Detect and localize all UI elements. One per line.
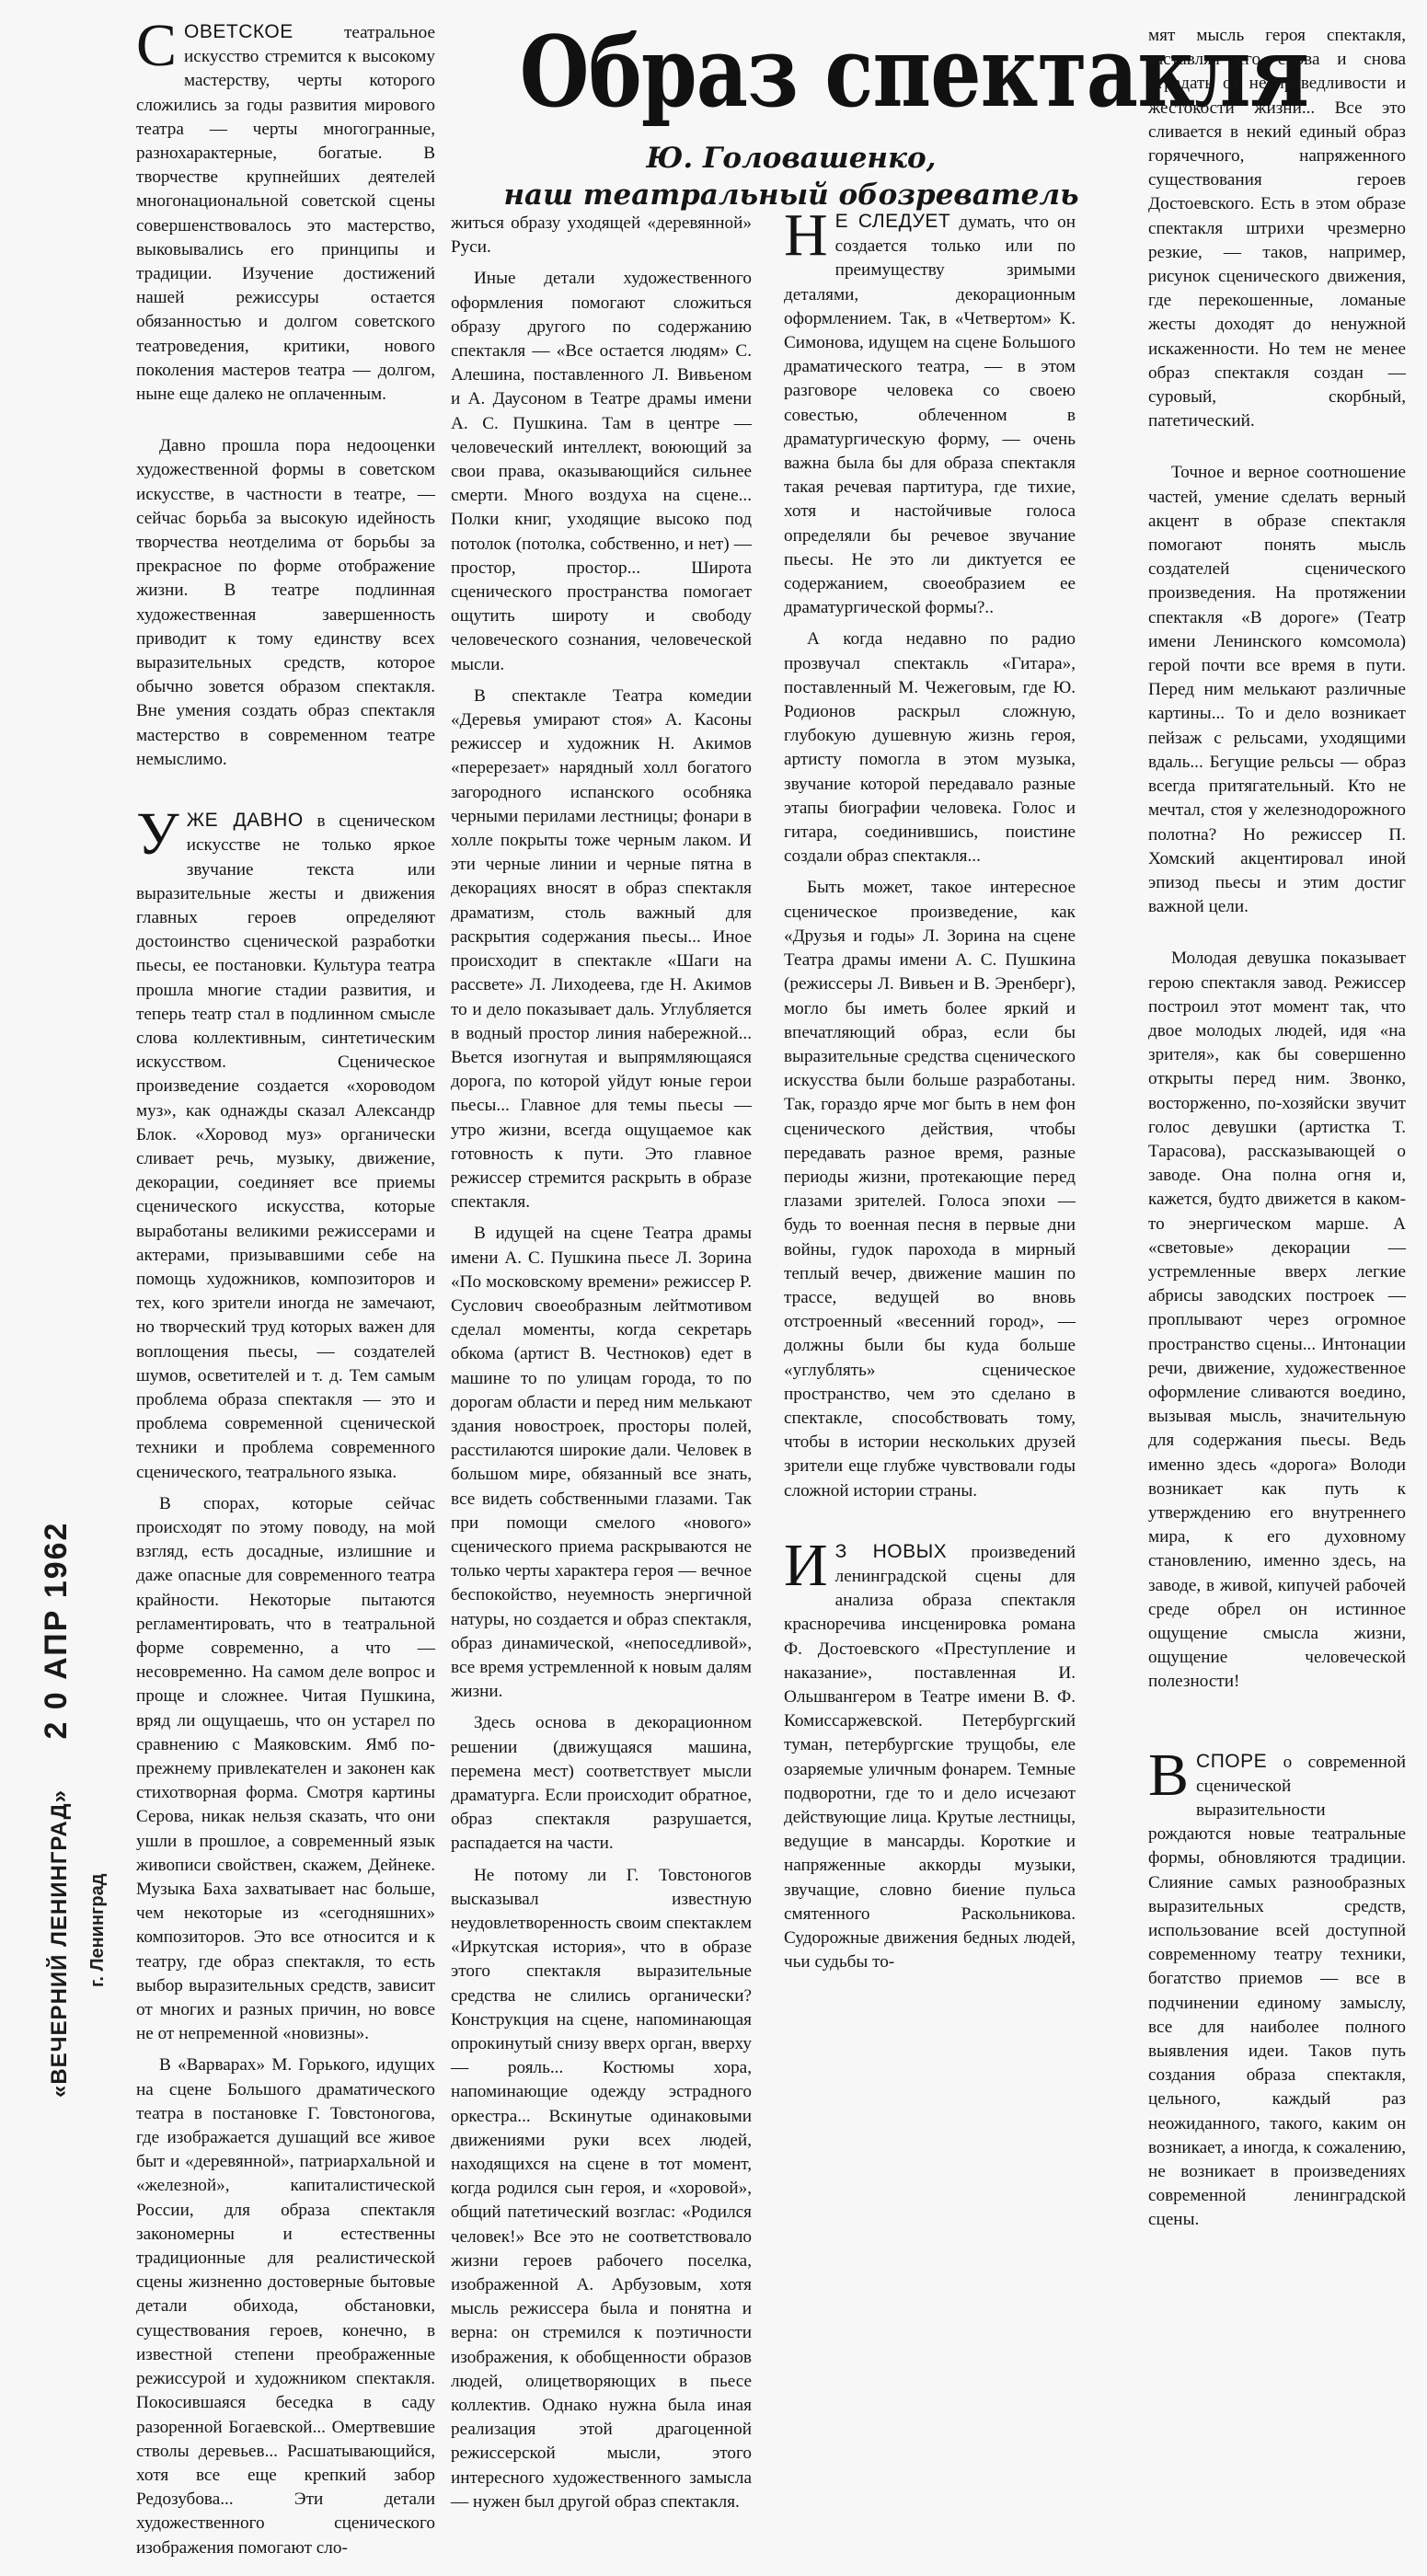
paragraph: Быть может, такое интересное сценическое… [784,876,1076,1502]
paragraph: В идущей на сцене Театра драмы имени А. … [451,1222,752,1704]
lead-caps: ОВЕТСКОЕ [184,21,293,42]
archive-stamp: «ВЕЧЕРНИЙ ЛЕНИНГРАД» 2 0 АПР 1962 [39,1522,75,2098]
stamp-newspaper-name: «ВЕЧЕРНИЙ ЛЕНИНГРАД» [47,1789,72,2098]
paragraph: ИЗ НОВЫХ произведений ленинградской сцен… [784,1540,1076,1975]
paragraph: УЖЕ ДАВНО в сценическом искусстве не тол… [136,809,435,1485]
paragraph: В спектакле Театра комедии «Деревья умир… [451,684,752,1214]
paragraph: ВСПОРЕ о современной сценической выразит… [1148,1750,1406,2233]
drop-cap: С [136,22,177,70]
paragraph: СОВЕТСКОЕ театральное искусство стремитс… [136,20,435,407]
paragraph-text: думать, что он создается только или по п… [784,213,1076,617]
paragraph: НЕ СЛЕДУЕТ думать, что он создается толь… [784,210,1076,620]
paragraph: Не потому ли Г. Товстоногов высказывал и… [451,1864,752,2514]
stamp-city: г. Ленинград [87,1874,109,1987]
paragraph: В «Варварах» М. Горького, идущих на сцен… [136,2053,435,2559]
newspaper-clipping: «ВЕЧЕРНИЙ ЛЕНИНГРАД» 2 0 АПР 1962 г. Лен… [0,0,1427,2576]
article-header: Образ спектакля Ю. Головашенко, наш теат… [460,17,1122,213]
article-title: Образ спектакля [520,17,1063,127]
column-2: житься образу уходящей «деревянной» Руси… [451,212,752,2514]
drop-cap: У [136,811,179,858]
lead-caps: СПОРЕ [1196,1751,1267,1772]
lead-caps: З НОВЫХ [835,1541,948,1562]
paragraph: житься образу уходящей «деревянной» Руси… [451,212,752,259]
column-3: НЕ СЛЕДУЕТ думать, что он создается толь… [784,210,1076,1974]
stamp-date: 2 0 АПР 1962 [39,1522,74,1740]
paragraph: Давно прошла пора недооценки художествен… [136,434,435,772]
author-name: Ю. Головашенко, [460,140,1122,177]
paragraph-text: о современной сценической выразительност… [1148,1753,1406,2230]
paragraph: Здесь основа в декорационном решении (дв… [451,1711,752,1856]
column-1: СОВЕТСКОЕ театральное искусство стремитс… [136,20,435,2560]
column-4: мят мысль героя спектакля, заставляя его… [1148,24,1406,2233]
lead-caps: Е СЛЕДУЕТ [835,211,951,232]
lead-caps: ЖЕ ДАВНО [187,810,304,831]
paragraph-text: в сценическом искусстве не только яркое … [136,811,435,1481]
paragraph: В спорах, которые сейчас происходят по э… [136,1492,435,2047]
paragraph: Точное и верное соотношение частей, умен… [1148,461,1406,919]
drop-cap: В [1148,1752,1189,1800]
paragraph: Иные детали художественного оформления п… [451,267,752,676]
paragraph: А когда недавно по радио прозвучал спект… [784,627,1076,868]
paragraph-text: произведений ленинградской сцены для ана… [784,1543,1076,1972]
paragraph-text: театральное искусство стремится к высоко… [136,23,435,404]
paragraph: мят мысль героя спектакля, заставляя его… [1148,24,1406,433]
drop-cap: Н [784,212,828,259]
paragraph: Молодая девушка показывает герою спектак… [1148,947,1406,1694]
drop-cap: И [784,1542,828,1590]
